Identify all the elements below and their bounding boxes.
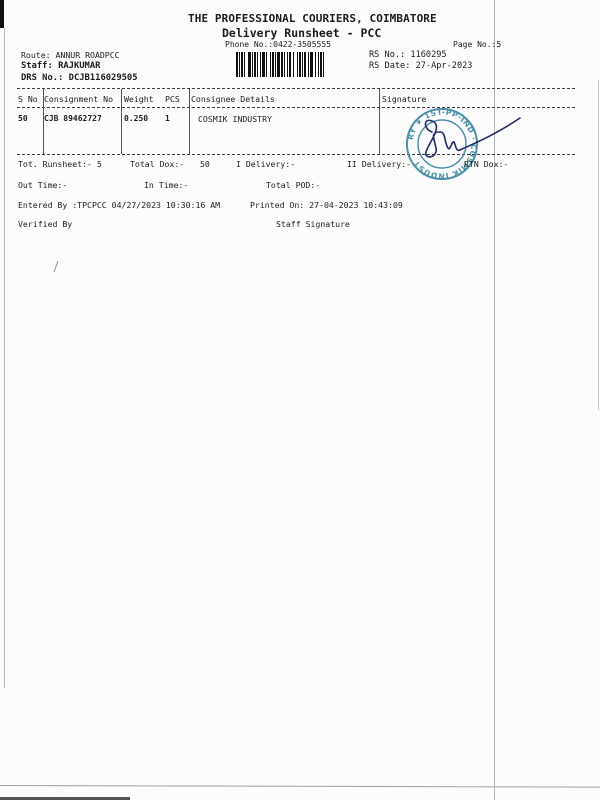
- column-header-consignment-no: Consignment No: [44, 94, 113, 104]
- column-header-pcs: PCS: [165, 94, 180, 104]
- cell-weight: 0.250: [124, 114, 148, 123]
- printed-on: Printed On: 27-04-2023 10:43:09: [250, 200, 403, 210]
- column-header-weight: Weight: [124, 94, 154, 104]
- staff-field: Staff: RAJKUMAR: [21, 61, 100, 71]
- stray-pen-mark: [52, 260, 60, 274]
- paper-bottom-edge: [0, 785, 600, 788]
- route-field: Route: ANNUR ROADPCC: [21, 50, 120, 60]
- return-dox: RTN Dox:-: [464, 159, 508, 169]
- paper-fold-line-right: [598, 80, 599, 410]
- first-delivery: I Delivery:-: [236, 159, 295, 169]
- column-header-signature: Signature: [382, 94, 426, 104]
- page-number: Page No.:5: [453, 40, 501, 49]
- scan-edge-line: [4, 28, 5, 688]
- rs-number-field: RS No.: 1160295: [369, 50, 447, 60]
- cell-consignee: COSMIK INDUSTRY: [198, 114, 272, 124]
- scan-edge-shadow: [0, 0, 4, 28]
- column-header-consignee-details: Consignee Details: [191, 94, 275, 104]
- total-dox-value: 50: [200, 159, 210, 169]
- rs-date-field: RS Date: 27-Apr-2023: [369, 61, 472, 71]
- cell-pcs: 1: [165, 114, 170, 123]
- second-delivery: II Delivery:-: [347, 159, 411, 169]
- cell-s-no: 50: [18, 114, 28, 123]
- barcode: [236, 52, 358, 77]
- document-title: Delivery Runsheet - PCC: [222, 26, 381, 40]
- table-top-rule: [17, 88, 575, 89]
- staff-signature-label: Staff Signature: [276, 219, 350, 229]
- verified-by-label: Verified By: [18, 219, 72, 229]
- out-time: Out Time:-: [18, 180, 67, 190]
- column-divider: [189, 89, 190, 154]
- in-time: In Time:-: [144, 180, 188, 190]
- total-pod: Total POD:-: [266, 180, 320, 190]
- total-runsheet: Tot. Runsheet:- 5: [18, 159, 102, 169]
- phone-number: Phone No.:0422-3505555: [225, 40, 331, 49]
- drs-number-field: DRS No.: DCJB116029505: [21, 73, 138, 83]
- column-header-s-no: S No: [18, 94, 38, 104]
- column-divider: [379, 89, 380, 154]
- entered-by: Entered By :TPCPCC 04/27/2023 10:30:16 A…: [18, 200, 220, 210]
- cell-consignment-no: CJB 89462727: [44, 114, 102, 123]
- total-dox-label: Total Dox:-: [130, 159, 184, 169]
- column-divider: [121, 89, 122, 154]
- company-name: THE PROFESSIONAL COURIERS, COIMBATORE: [188, 12, 437, 25]
